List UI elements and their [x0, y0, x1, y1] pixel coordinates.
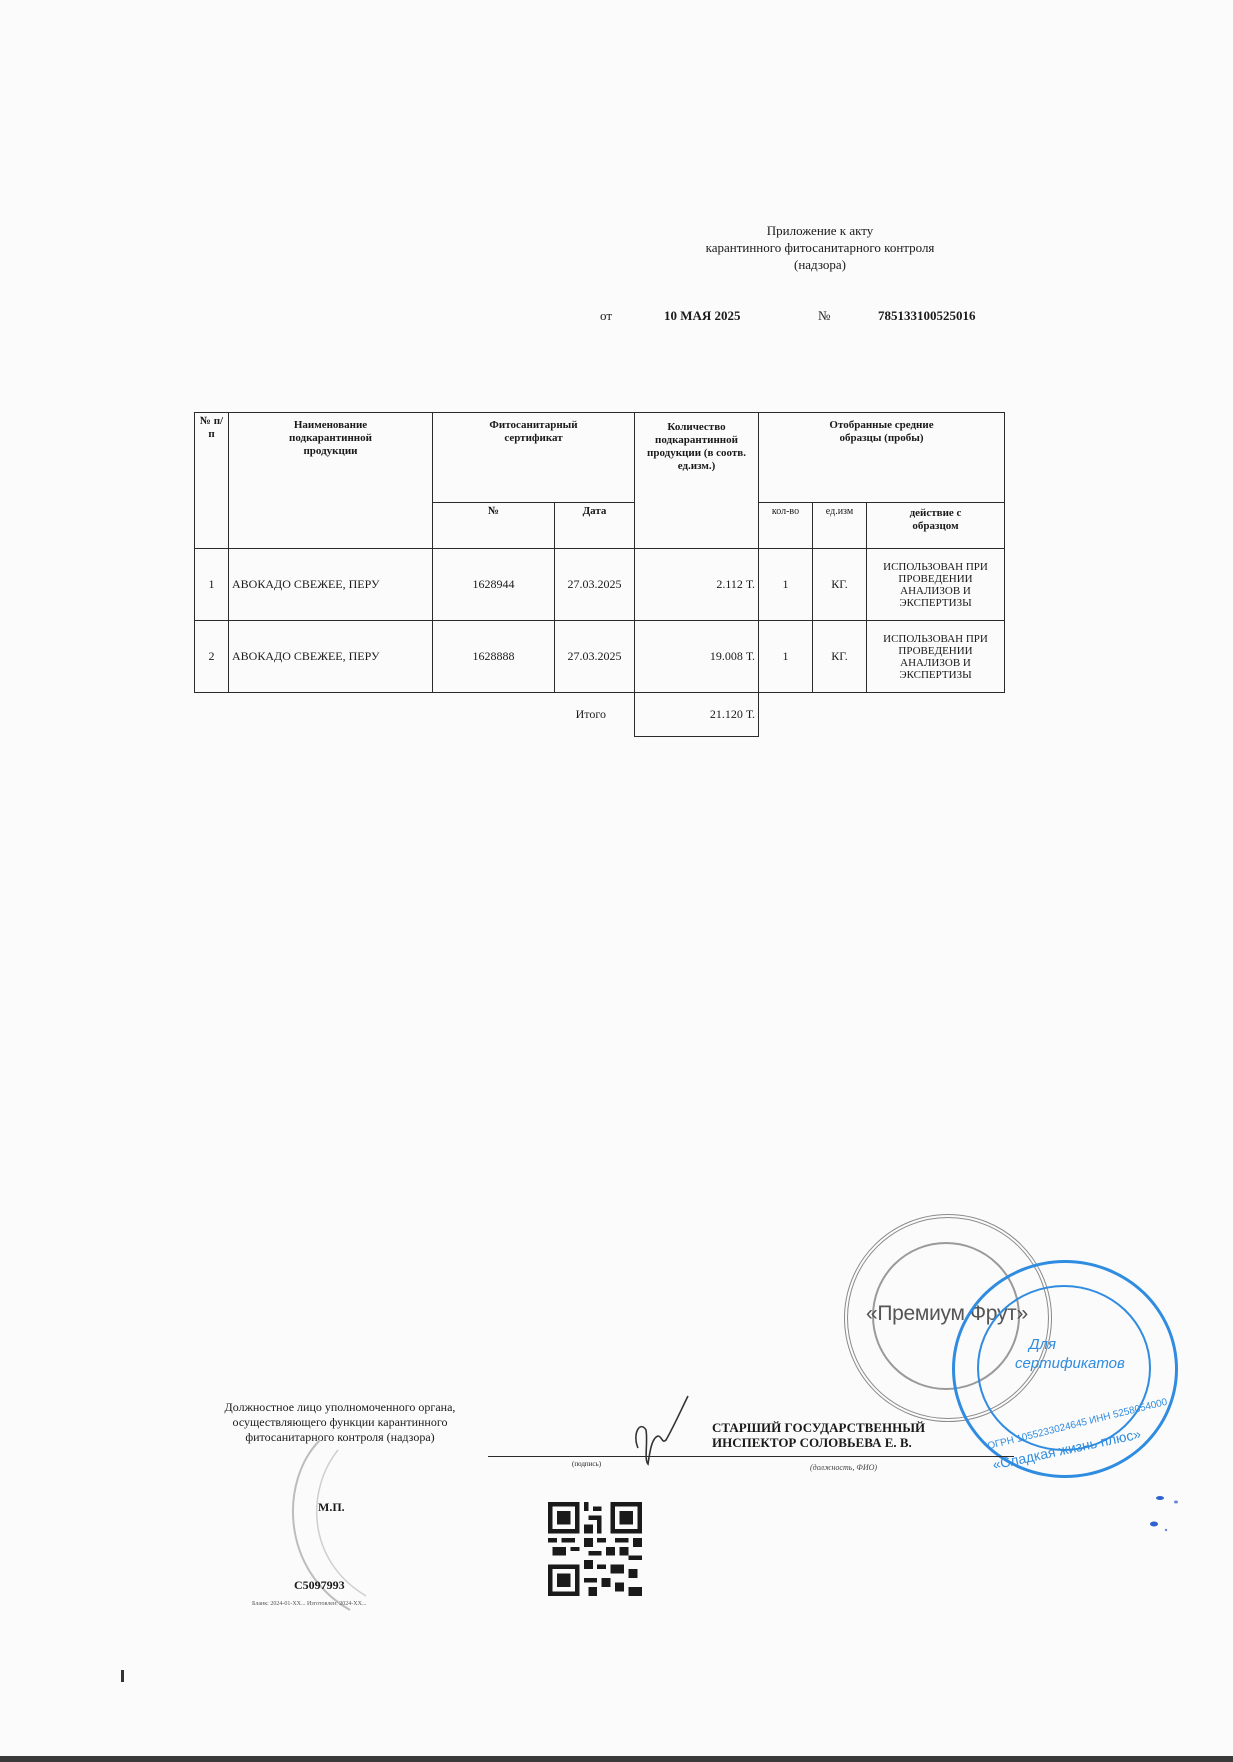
table-row: 2 АВОКАДО СВЕЖЕЕ, ПЕРУ 1628888 27.03.202…	[195, 621, 1005, 693]
header-sample-count: кол-во	[759, 503, 813, 549]
header-sample-action: действие с образцом	[867, 503, 1005, 549]
row-cert-number: 1628944	[433, 549, 555, 621]
official-label: Должностное лицо уполномоченного органа,…	[200, 1400, 480, 1445]
faint-official-stamp	[250, 1440, 470, 1620]
blank-number: С5097993	[294, 1578, 345, 1593]
row-product: АВОКАДО СВЕЖЕЕ, ПЕРУ	[229, 621, 433, 693]
position-caption: (должность, ФИО)	[810, 1463, 877, 1472]
table-row: 1 АВОКАДО СВЕЖЕЕ, ПЕРУ 1628944 27.03.202…	[195, 549, 1005, 621]
company-stamp-blue: Для сертификатов ОГРН 1055233024645 ИНН …	[952, 1260, 1178, 1478]
ink-specks	[1150, 1490, 1210, 1540]
total-label: Итого	[195, 693, 635, 737]
signature-scribble	[618, 1390, 698, 1470]
row-sample-count: 1	[759, 621, 813, 693]
appendix-line-3: (надзора)	[660, 256, 980, 273]
row-cert-date: 27.03.2025	[555, 621, 635, 693]
total-value: 21.120 Т.	[635, 693, 759, 737]
row-sample-action: ИСПОЛЬЗОВАН ПРИ ПРОВЕДЕНИИ АНАЛИЗОВ И ЭК…	[867, 621, 1005, 693]
appendix-line-2: карантинного фитосанитарного контроля	[660, 239, 980, 256]
margin-mark	[121, 1670, 124, 1682]
appendix-title: Приложение к акту карантинного фитосанит…	[660, 222, 980, 273]
header-quantity: Количество подкарантинной продукции (в с…	[635, 413, 759, 549]
scan-bottom-edge	[0, 1756, 1233, 1762]
header-sample-unit: ед.изм	[813, 503, 867, 549]
row-sample-unit: КГ.	[813, 621, 867, 693]
header-num: № п/п	[195, 413, 229, 549]
blank-details: Бланк: 2024-01-XX... Изготовлен: 2024-XX…	[252, 1600, 366, 1608]
header-cert-date: Дата	[555, 503, 635, 549]
row-quantity: 19.008 Т.	[635, 621, 759, 693]
row-sample-unit: КГ.	[813, 549, 867, 621]
appendix-line-1: Приложение к акту	[660, 222, 980, 239]
products-table: № п/п Наименование подкарантинной продук…	[194, 412, 1005, 737]
act-meta: от 10 МАЯ 2025 № 785133100525016	[600, 308, 1000, 328]
row-num: 1	[195, 549, 229, 621]
row-product: АВОКАДО СВЕЖЕЕ, ПЕРУ	[229, 549, 433, 621]
header-product: Наименование подкарантинной продукции	[229, 413, 433, 549]
act-date: 10 МАЯ 2025	[664, 308, 741, 324]
row-cert-date: 27.03.2025	[555, 549, 635, 621]
row-quantity: 2.112 Т.	[635, 549, 759, 621]
act-number: 785133100525016	[878, 308, 976, 324]
qr-code	[548, 1502, 642, 1596]
row-num: 2	[195, 621, 229, 693]
row-cert-number: 1628888	[433, 621, 555, 693]
mp-label: М.П.	[318, 1500, 345, 1515]
header-certificate: Фитосанитарный сертификат	[433, 413, 635, 503]
row-sample-count: 1	[759, 549, 813, 621]
signature-line	[488, 1456, 1014, 1457]
number-prefix: №	[818, 308, 830, 324]
date-prefix: от	[600, 308, 612, 324]
total-row: Итого 21.120 Т.	[195, 693, 1005, 737]
row-sample-action: ИСПОЛЬЗОВАН ПРИ ПРОВЕДЕНИИ АНАЛИЗОВ И ЭК…	[867, 549, 1005, 621]
header-samples: Отобранные средние образцы (пробы)	[759, 413, 1005, 503]
header-cert-number: №	[433, 503, 555, 549]
signature-caption: (подпись)	[572, 1460, 601, 1468]
stamp-label: Для сертификатов	[1015, 1335, 1125, 1373]
inspector-position: СТАРШИЙ ГОСУДАРСТВЕННЫЙ ИНСПЕКТОР СОЛОВЬ…	[712, 1420, 925, 1450]
